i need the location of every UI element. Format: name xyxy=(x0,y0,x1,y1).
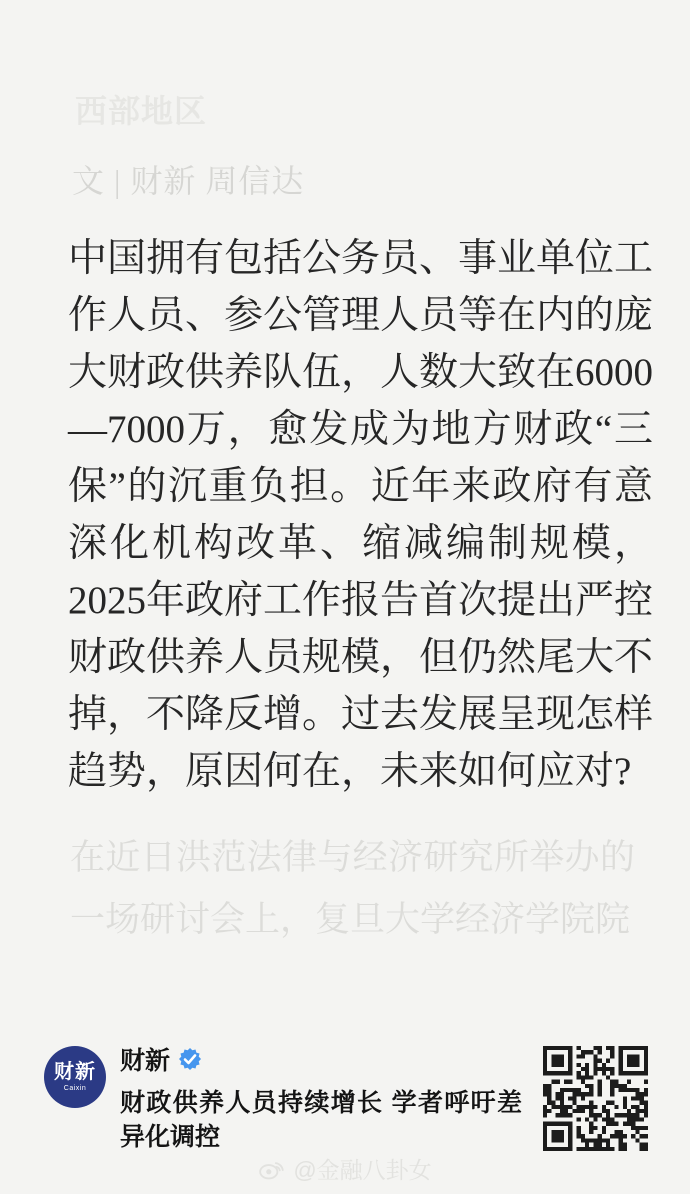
caixin-logo-text: 财新 xyxy=(54,1062,96,1082)
byline: 文 | 财新 周信达 xyxy=(72,156,304,202)
section-tag: 西部地区 xyxy=(75,86,207,132)
article-paragraph: 中国拥有包括公务员、事业单位工作人员、参公管理人员等在内的庞大财政供养队伍，人数… xyxy=(68,230,653,800)
watermark: @金融八卦女 xyxy=(0,1152,690,1184)
caixin-logo-subtext: Caixin xyxy=(64,1085,86,1092)
weibo-icon xyxy=(258,1155,286,1181)
article-title: 财政供养人员持续增长 学者呼吁差异化调控 xyxy=(120,1086,522,1154)
verified-badge-icon xyxy=(179,1048,201,1070)
watermark-text: @金融八卦女 xyxy=(293,1152,431,1185)
article-paragraph-faded: 在近日洪范法律与经济研究所举办的一场研讨会上，复旦大学经济学院院 xyxy=(70,827,635,951)
account-name: 财新 xyxy=(120,1041,170,1077)
caixin-logo: 财新 Caixin xyxy=(44,1046,106,1108)
qr-code xyxy=(543,1046,648,1151)
account-row: 财新 xyxy=(120,1044,201,1074)
